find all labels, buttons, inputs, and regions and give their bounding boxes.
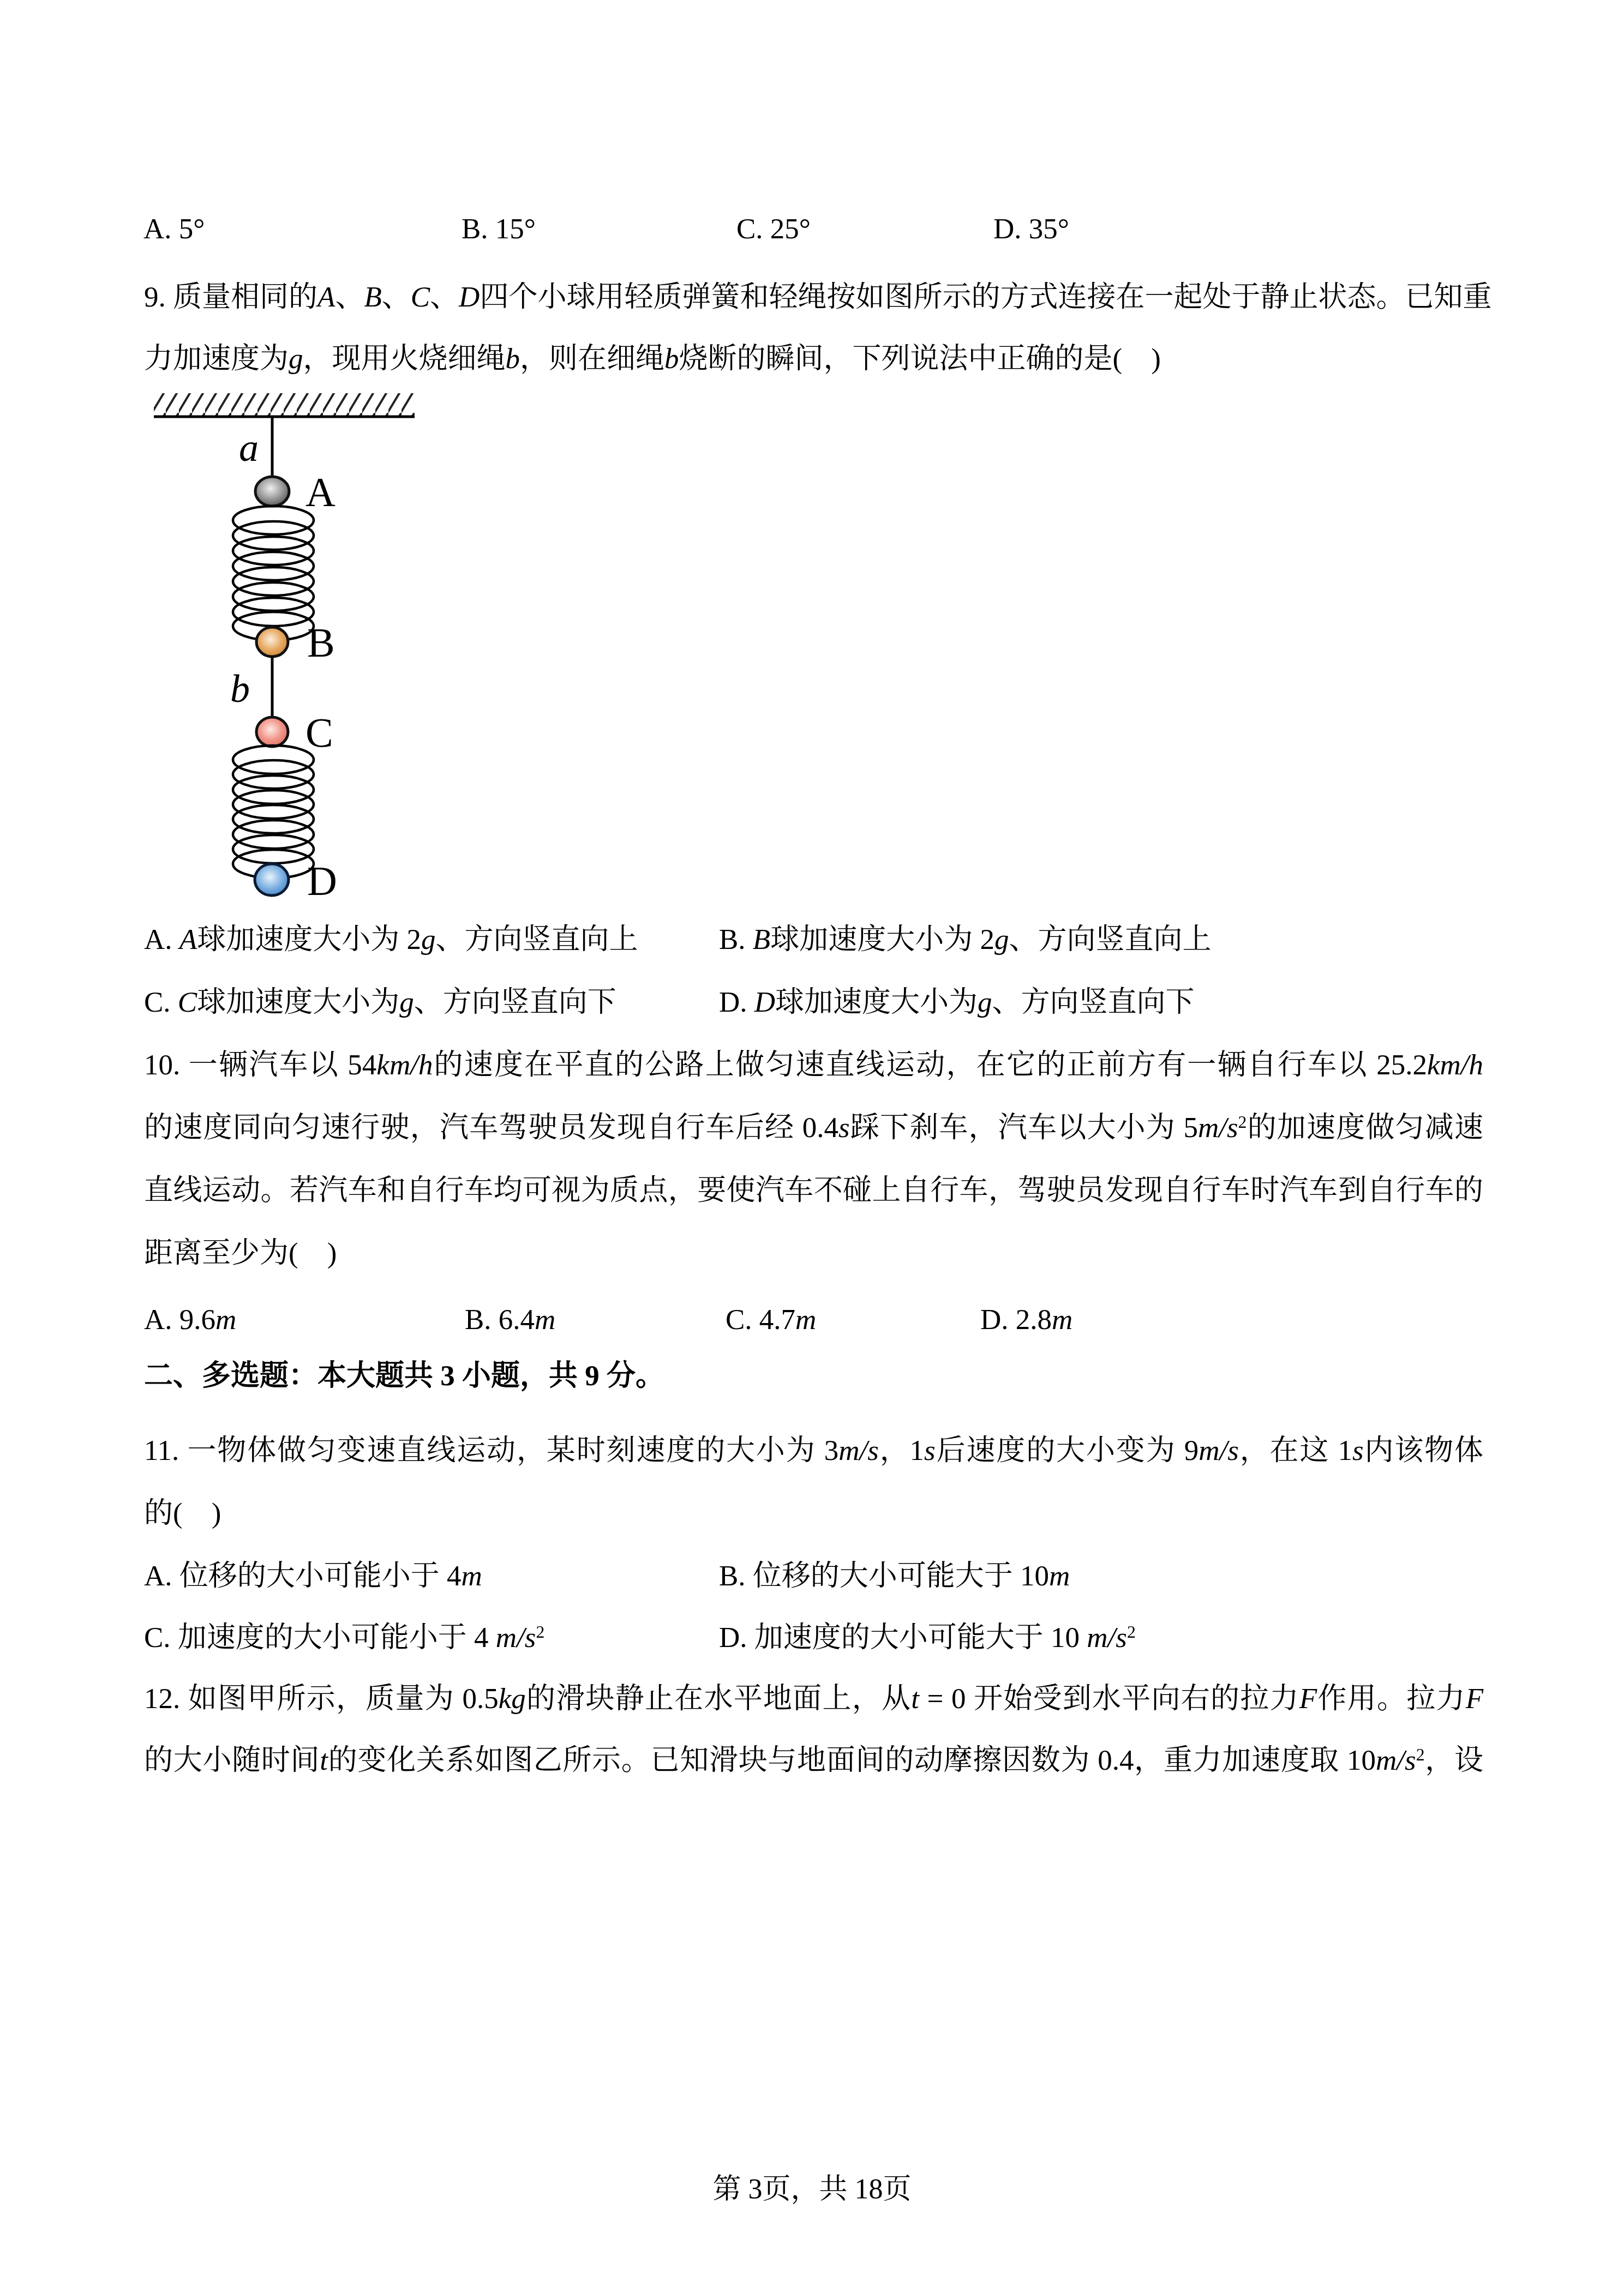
rope-a-label: a (239, 426, 259, 470)
q9-spring-ball-diagram: a A B b C (153, 390, 491, 919)
rope-b-label: b (230, 667, 250, 711)
q11-stem-line-2: 的( ) (144, 1492, 221, 1535)
q9-option-c: C. C球加速度大小为g、方向竖直向下 (144, 981, 616, 1024)
q9-option-d: D. D球加速度大小为g、方向竖直向下 (719, 981, 1195, 1024)
q9-stem-line-2: 力加速度为g，现用火烧细绳b，则在细绳b烧断的瞬间，下列说法中正确的是( ) (144, 338, 1161, 380)
q11-option-a: A. 位移的大小可能小于 4m (144, 1555, 482, 1597)
ball-c-label: C (305, 710, 333, 756)
q9-stem-line-1: 9. 质量相同的A、B、C、D四个小球用轻质弹簧和轻绳按如图所示的方式连接在一起… (144, 276, 1483, 318)
q11-option-d: D. 加速度的大小可能大于 10 m/s2 (719, 1616, 1136, 1659)
q9-option-a: A. A球加速度大小为 2g、方向竖直向上 (144, 918, 638, 961)
q12-stem-line-1: 12. 如图甲所示，质量为 0.5kg的滑块静止在水平地面上，从t = 0 开始… (144, 1678, 1483, 1720)
q10-stem-line-2: 的速度同向匀速行驶，汽车驾驶员发现自行车后经 0.4s踩下刹车，汽车以大小为 5… (144, 1107, 1483, 1149)
q8-option-b: B. 15° (462, 208, 536, 250)
q11-option-c: C. 加速度的大小可能小于 4 m/s2 (144, 1616, 544, 1659)
ball-a (255, 477, 289, 506)
q10-stem-line-1: 10. 一辆汽车以 54km/h的速度在平直的公路上做匀速直线运动，在它的正前方… (144, 1044, 1483, 1086)
ceiling-hatch (154, 393, 415, 416)
q10-stem-line-4: 距离至少为( ) (144, 1232, 337, 1275)
exam-page: A. 5° B. 15° C. 25° D. 35° 9. 质量相同的A、B、C… (0, 0, 1624, 2296)
ball-b-label: B (307, 620, 335, 666)
ball-b (256, 627, 288, 657)
q8-option-d: D. 35° (993, 208, 1069, 250)
q10-option-a: A. 9.6m (144, 1299, 236, 1341)
spring-cd (233, 746, 314, 878)
q12-stem-line-2: 的大小随时间t的变化关系如图乙所示。已知滑块与地面间的动摩擦因数为 0.4，重力… (144, 1739, 1483, 1782)
q11-option-b: B. 位移的大小可能大于 10m (719, 1555, 1070, 1597)
spring-ab (233, 506, 314, 640)
ball-a-label: A (305, 470, 335, 515)
q10-option-b: B. 6.4m (465, 1299, 555, 1341)
q10-stem-line-3: 直线运动。若汽车和自行车均可视为质点，要使汽车不碰上自行车，驾驶员发现自行车时汽… (144, 1169, 1483, 1212)
q8-option-c: C. 25° (736, 208, 811, 250)
page-number: 第 3页，共 18页 (0, 2168, 1624, 2211)
q8-option-a: A. 5° (143, 208, 205, 250)
ball-c (256, 717, 288, 747)
q10-option-d: D. 2.8m (980, 1299, 1072, 1341)
q9-option-b: B. B球加速度大小为 2g、方向竖直向上 (719, 918, 1211, 961)
ball-d-label: D (307, 858, 337, 904)
ball-d (255, 864, 289, 895)
q10-option-c: C. 4.7m (726, 1299, 816, 1341)
section-2-header: 二、多选题：本大题共 3 小题，共 9 分。 (144, 1355, 664, 1397)
q11-stem-line-1: 11. 一物体做匀变速直线运动，某时刻速度的大小为 3m/s，1s后速度的大小变… (144, 1429, 1483, 1472)
